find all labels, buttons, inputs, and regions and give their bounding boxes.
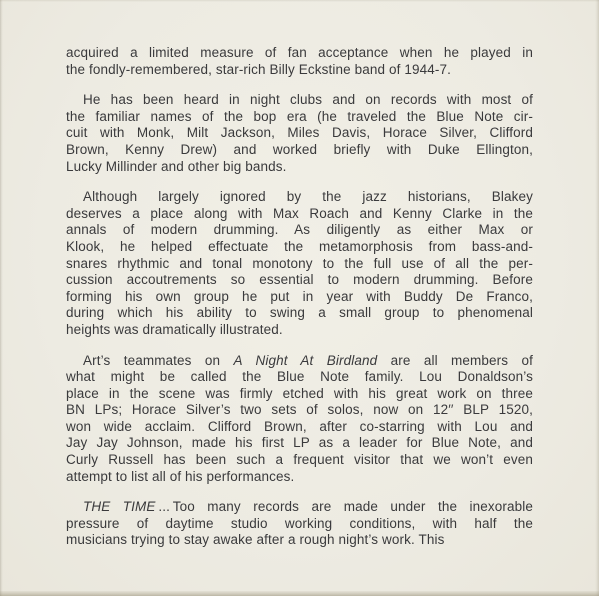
text-segment: heights was dramatically illustrated.	[66, 322, 283, 337]
text-segment: forming his own group he put in year wit…	[66, 289, 533, 304]
text-segment: cuit with Monk, Milt Jackson, Miles Davi…	[66, 125, 533, 140]
text-line: attempt to list all of his performances.	[66, 469, 533, 486]
text-line: Lucky Millinder and other big bands.	[66, 159, 533, 176]
text-line: Brown, Kenny Drew) and worked briefly wi…	[66, 142, 533, 159]
paragraph: Although largely ignored by the jazz his…	[66, 189, 533, 338]
text-line: during which his ability to swing a smal…	[66, 305, 533, 322]
text-line: Art’s teammates on A Night At Birdland a…	[66, 353, 533, 370]
text-segment: He has been heard in night clubs and on …	[83, 92, 533, 107]
text-line: won wide acclaim. Clifford Brown, after …	[66, 419, 533, 436]
text-segment: Curly Russell has been such a frequent v…	[66, 452, 533, 467]
text-line: pressure of daytime studio working condi…	[66, 516, 533, 533]
text-segment: BN LPs; Horace Silver’s two sets of solo…	[66, 402, 533, 417]
text-segment: Lucky Millinder and other big bands.	[66, 159, 286, 174]
paragraphs-container: acquired a limited measure of fan accept…	[66, 45, 533, 549]
text-segment: deserves a place along with Max Roach an…	[66, 206, 533, 221]
liner-notes-page: acquired a limited measure of fan accept…	[0, 0, 599, 596]
text-segment: pressure of daytime studio working condi…	[66, 516, 533, 531]
text-line: heights was dramatically illustrated.	[66, 322, 533, 339]
text-segment: annals of modern drumming. As diligently…	[66, 222, 533, 237]
text-segment: during which his ability to swing a smal…	[66, 305, 533, 320]
text-line: place in the scene was firmly etched wit…	[66, 386, 533, 403]
text-segment: the fondly-remembered, star-rich Billy E…	[66, 62, 451, 77]
text-segment: cussion accoutrements so essential to mo…	[66, 272, 533, 287]
text-segment-italic: THE TIME	[83, 499, 156, 514]
text-line: THE TIME ... Too many records are made u…	[66, 499, 533, 516]
text-segment: are all members of	[377, 353, 533, 368]
text-segment: Klook, he helped effectuate the metamorp…	[66, 239, 533, 254]
text-line: Jay Jay Johnson, made his first LP as a …	[66, 435, 533, 452]
text-line: Although largely ignored by the jazz his…	[66, 189, 533, 206]
text-segment: musicians trying to stay awake after a r…	[66, 532, 444, 547]
text-line: cuit with Monk, Milt Jackson, Miles Davi…	[66, 125, 533, 142]
text-segment: acquired a limited measure of fan accept…	[66, 45, 533, 60]
paragraph: acquired a limited measure of fan accept…	[66, 45, 533, 78]
text-segment: the familiar names of the bop era (he tr…	[66, 109, 533, 124]
text-segment: attempt to list all of his performances.	[66, 469, 294, 484]
text-segment: Jay Jay Johnson, made his first LP as a …	[66, 435, 533, 450]
text-segment: place in the scene was firmly etched wit…	[66, 386, 533, 401]
text-line: Klook, he helped effectuate the metamorp…	[66, 239, 533, 256]
text-line: snares rhythmic and tonal monotony to th…	[66, 256, 533, 273]
text-line: He has been heard in night clubs and on …	[66, 92, 533, 109]
text-line: deserves a place along with Max Roach an…	[66, 206, 533, 223]
text-segment: won wide acclaim. Clifford Brown, after …	[66, 419, 533, 434]
text-line: what might be called the Blue Note famil…	[66, 369, 533, 386]
text-line: BN LPs; Horace Silver’s two sets of solo…	[66, 402, 533, 419]
paragraph: He has been heard in night clubs and on …	[66, 92, 533, 175]
scan-edge-top	[0, 0, 599, 2]
text-line: annals of modern drumming. As diligently…	[66, 222, 533, 239]
text-line: the fondly-remembered, star-rich Billy E…	[66, 62, 533, 79]
paragraph: THE TIME ... Too many records are made u…	[66, 499, 533, 549]
text-line: acquired a limited measure of fan accept…	[66, 45, 533, 62]
liner-notes-text-column: acquired a limited measure of fan accept…	[66, 45, 533, 549]
text-line: Curly Russell has been such a frequent v…	[66, 452, 533, 469]
text-segment: Although largely ignored by the jazz his…	[83, 189, 533, 204]
text-line: forming his own group he put in year wit…	[66, 289, 533, 306]
text-line: musicians trying to stay awake after a r…	[66, 532, 533, 549]
text-segment: ... Too many records are made under the …	[156, 499, 533, 514]
text-segment: Brown, Kenny Drew) and worked briefly wi…	[66, 142, 533, 157]
text-line: cussion accoutrements so essential to mo…	[66, 272, 533, 289]
text-segment: what might be called the Blue Note famil…	[66, 369, 533, 384]
text-segment: Art’s teammates on	[83, 353, 234, 368]
scan-edge-left	[0, 0, 3, 596]
scan-edge-bottom	[0, 591, 599, 596]
paragraph: Art’s teammates on A Night At Birdland a…	[66, 353, 533, 486]
text-line: the familiar names of the bop era (he tr…	[66, 109, 533, 126]
text-segment: snares rhythmic and tonal monotony to th…	[66, 256, 533, 271]
text-segment-italic: A Night At Birdland	[234, 353, 378, 368]
scan-edge-right	[595, 0, 599, 596]
